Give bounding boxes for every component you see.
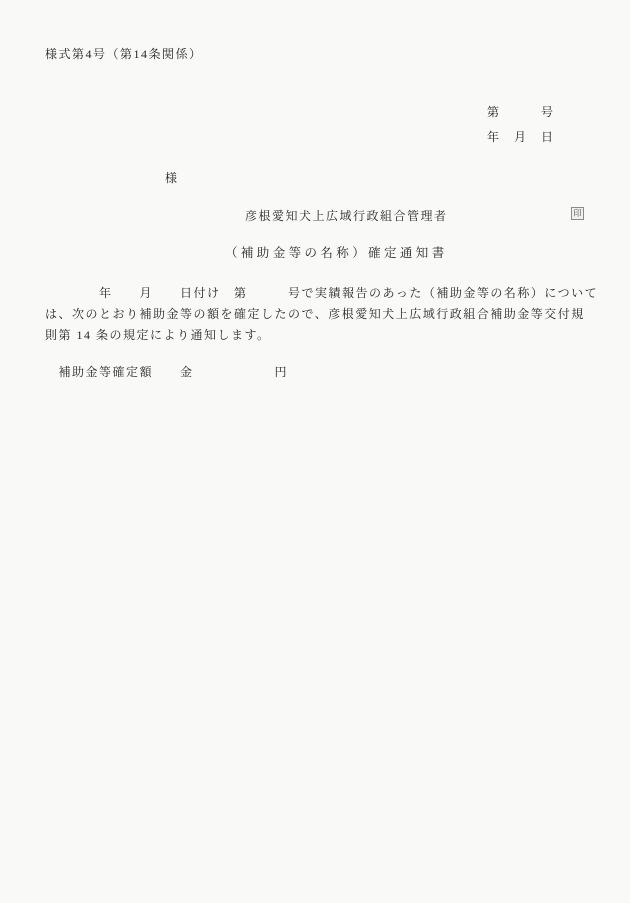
document-page: 様式第4号（第14条関係） 第 号 年 月 日 様 彦根愛知犬上広域行政組合管理… xyxy=(0,0,630,903)
date-line: 年 月 日 xyxy=(487,131,555,143)
addressee-honorific: 様 xyxy=(165,172,179,184)
document-number-line: 第 号 xyxy=(487,106,555,118)
body-paragraph-line-1: 年 月 日付け 第 号で実績報告のあった（補助金等の名称）について xyxy=(45,287,598,299)
form-number-label: 様式第4号（第14条関係） xyxy=(45,48,203,60)
body-paragraph-line-2: は、次のとおり補助金等の額を確定したので、彦根愛知犬上広域行政組合補助金等交付規 xyxy=(45,308,585,320)
document-title: （補助金等の名称）確定通知書 xyxy=(225,247,448,260)
issuer-title: 彦根愛知犬上広域行政組合管理者 xyxy=(245,210,448,222)
body-paragraph-line-3: 則第 14 条の規定により通知します。 xyxy=(45,329,271,341)
seal-mark: 印 xyxy=(571,207,584,220)
confirmed-amount-line: 補助金等確定額 金 円 xyxy=(45,366,288,378)
